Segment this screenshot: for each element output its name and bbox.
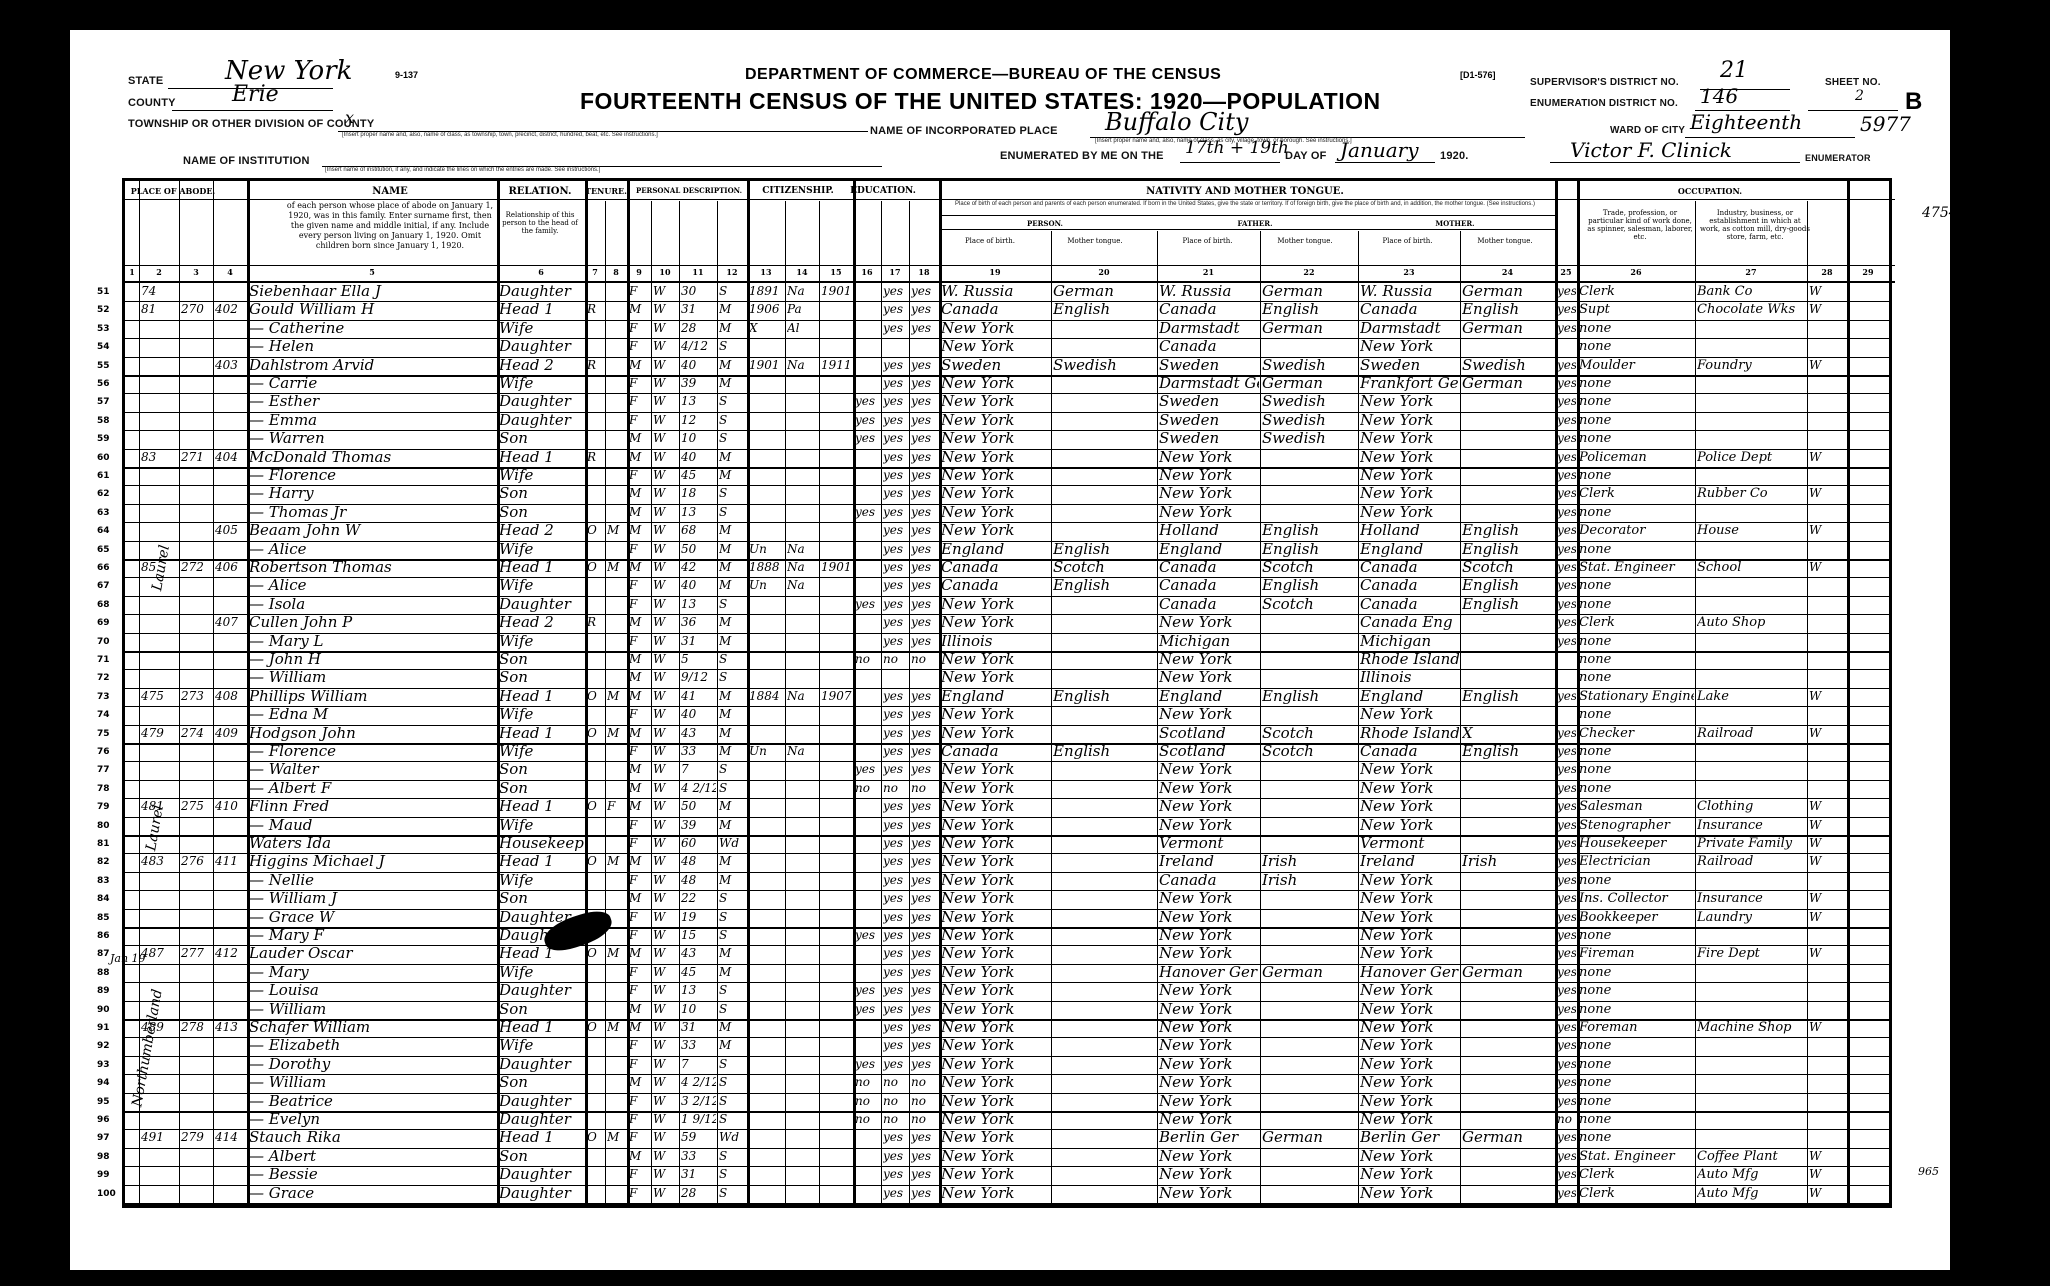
cell-line: 96 bbox=[97, 1115, 122, 1125]
census-title: FOURTEENTH CENSUS OF THE UNITED STATES: … bbox=[580, 88, 1381, 115]
cell-house bbox=[141, 1183, 178, 1204]
cell-immig bbox=[749, 1183, 784, 1204]
column-number: 16 bbox=[853, 267, 881, 277]
state-label: STATE bbox=[128, 75, 163, 87]
column-divider bbox=[909, 201, 910, 1205]
cell-line: 53 bbox=[97, 324, 122, 334]
cell-line: 52 bbox=[97, 305, 122, 315]
county-value: Erie bbox=[232, 82, 279, 107]
colhdr-person-tongue: Mother tongue. bbox=[1045, 237, 1145, 245]
colhdr-person-pob: Place of birth. bbox=[940, 237, 1040, 245]
column-number: 12 bbox=[717, 267, 747, 277]
cell-line: 86 bbox=[97, 931, 122, 941]
cell-write: yes bbox=[911, 1183, 938, 1204]
colhdr-relation: Relationship of this person to the head … bbox=[500, 211, 580, 235]
column-number: 24 bbox=[1460, 267, 1555, 277]
cell-family bbox=[215, 1183, 246, 1204]
cell-line: 99 bbox=[97, 1170, 122, 1180]
enumeration-district-label: ENUMERATION DISTRICT NO. bbox=[1530, 98, 1678, 109]
group-mother: MOTHER. bbox=[1355, 219, 1555, 228]
header-rule bbox=[125, 265, 1895, 266]
margin-right-top: 4754 bbox=[1922, 205, 1958, 221]
column-divider bbox=[819, 201, 820, 1205]
county-label: COUNTY bbox=[128, 97, 176, 109]
column-number: 11 bbox=[679, 267, 717, 277]
cell-line: 51 bbox=[97, 287, 122, 297]
supervisor-district-value: 21 bbox=[1720, 58, 1748, 83]
cell-natyear bbox=[821, 1183, 852, 1204]
column-number: 8 bbox=[605, 267, 627, 277]
cell-fpob: New York bbox=[1159, 1183, 1259, 1204]
column-number: 17 bbox=[881, 267, 909, 277]
column-divider bbox=[605, 201, 606, 1205]
cell-line: 91 bbox=[97, 1023, 122, 1033]
cell-line: 71 bbox=[97, 655, 122, 665]
cell-dwelling bbox=[181, 1183, 212, 1204]
column-number: 9 bbox=[627, 267, 651, 277]
group-occupation: OCCUPATION. bbox=[1585, 186, 1835, 196]
cell-line: 76 bbox=[97, 747, 122, 757]
cell-line: 72 bbox=[97, 673, 122, 683]
day-of-label: DAY OF bbox=[1285, 150, 1327, 162]
column-number: 14 bbox=[785, 267, 819, 277]
column-number: 23 bbox=[1358, 267, 1460, 277]
cell-line: 61 bbox=[97, 471, 122, 481]
colhdr-trade: Trade, profession, or particular kind of… bbox=[1585, 209, 1695, 241]
cell-line: 78 bbox=[97, 784, 122, 794]
colhdr-mother-pob: Place of birth. bbox=[1360, 237, 1455, 245]
group-father: FATHER. bbox=[1155, 219, 1355, 228]
column-number: 28 bbox=[1807, 267, 1847, 277]
institution-label: NAME OF INSTITUTION bbox=[183, 155, 310, 167]
column-number: 20 bbox=[1051, 267, 1157, 277]
year-label: 1920. bbox=[1440, 150, 1469, 162]
column-number: 4 bbox=[213, 267, 247, 277]
cell-line: 67 bbox=[97, 581, 122, 591]
cell-line: 75 bbox=[97, 729, 122, 739]
cell-line: 63 bbox=[97, 508, 122, 518]
incorporated-place-label: NAME OF INCORPORATED PLACE bbox=[870, 125, 1058, 137]
column-number: 27 bbox=[1695, 267, 1807, 277]
cell-line: 80 bbox=[97, 821, 122, 831]
cell-line: 81 bbox=[97, 839, 122, 849]
ward-value: Eighteenth bbox=[1690, 110, 1802, 134]
cell-line: 95 bbox=[97, 1097, 122, 1107]
cell-line: 93 bbox=[97, 1060, 122, 1070]
column-divider bbox=[213, 181, 214, 1205]
cell-line: 58 bbox=[97, 416, 122, 426]
cell-line: 55 bbox=[97, 361, 122, 371]
cell-line: 98 bbox=[97, 1152, 122, 1162]
cell-name: — Grace bbox=[249, 1183, 496, 1204]
group-name: NAME bbox=[285, 186, 495, 197]
cell-line: 94 bbox=[97, 1078, 122, 1088]
colhdr-industry: Industry, business, or establishment in … bbox=[1700, 209, 1810, 241]
cell-line: 73 bbox=[97, 692, 122, 702]
column-number: 13 bbox=[747, 267, 785, 277]
cell-line: 77 bbox=[97, 765, 122, 775]
scan-border-left bbox=[0, 0, 70, 1286]
cell-relation: Daughter bbox=[499, 1183, 584, 1204]
group-relation: RELATION. bbox=[500, 186, 580, 197]
column-number: 2 bbox=[139, 267, 179, 277]
cell-age: 28 bbox=[681, 1183, 716, 1204]
colhdr-father-pob: Place of birth. bbox=[1160, 237, 1255, 245]
cell-line: 66 bbox=[97, 563, 122, 573]
column-divider bbox=[1847, 181, 1850, 1205]
column-number: 18 bbox=[909, 267, 939, 277]
supervisor-district-label: SUPERVISOR'S DISTRICT NO. bbox=[1530, 77, 1679, 88]
margin-right-bottom: 965 bbox=[1918, 1165, 1939, 1178]
cell-nat bbox=[787, 1183, 818, 1204]
group-tenure: TENURE. bbox=[585, 186, 625, 196]
cell-read: yes bbox=[883, 1183, 908, 1204]
enumerator-name: Victor F. Clinick bbox=[1570, 138, 1732, 162]
stamp-number: 5977 bbox=[1860, 112, 1911, 136]
township-label: TOWNSHIP OR OTHER DIVISION OF COUNTY bbox=[128, 118, 374, 130]
enumeration-district-value: 146 bbox=[1700, 84, 1738, 108]
cell-line: 54 bbox=[97, 342, 122, 352]
column-divider bbox=[179, 181, 180, 1205]
incorporated-place-value: Buffalo City bbox=[1105, 108, 1248, 136]
column-number: 3 bbox=[179, 267, 213, 277]
column-divider bbox=[881, 201, 882, 1205]
group-personal-description: PERSONAL DESCRIPTION. bbox=[625, 186, 753, 195]
cell-english: yes bbox=[1557, 1183, 1576, 1204]
cell-line: 60 bbox=[97, 453, 122, 463]
cell-mpob: New York bbox=[1360, 1183, 1459, 1204]
ward-label: WARD OF CITY bbox=[1610, 125, 1685, 136]
header-rule bbox=[939, 229, 1555, 230]
column-divider bbox=[1460, 231, 1461, 1205]
colhdr-name: of each person whose place of abode on J… bbox=[285, 201, 495, 251]
nativity-note: Place of birth of each person and parent… bbox=[940, 201, 1550, 207]
column-number: 29 bbox=[1847, 267, 1889, 277]
cell-line: 62 bbox=[97, 489, 122, 499]
cell-line: 65 bbox=[97, 545, 122, 555]
column-number: 21 bbox=[1157, 267, 1260, 277]
department-title: DEPARTMENT OF COMMERCE—BUREAU OF THE CEN… bbox=[745, 66, 1221, 84]
cell-school bbox=[855, 1183, 880, 1204]
cell-tenure bbox=[587, 1183, 604, 1204]
township-value: x bbox=[345, 108, 354, 127]
header-rule bbox=[939, 215, 1555, 216]
enumerator-label: ENUMERATOR bbox=[1805, 153, 1871, 163]
column-divider bbox=[717, 201, 718, 1205]
cell-line: 59 bbox=[97, 434, 122, 444]
column-divider bbox=[1695, 201, 1696, 1205]
colhdr-father-tongue: Mother tongue. bbox=[1260, 237, 1350, 245]
group-place-of-abode: PLACE OF ABODE. bbox=[127, 186, 219, 196]
column-divider bbox=[1807, 201, 1808, 1205]
column-divider bbox=[651, 201, 652, 1205]
cell-line: 90 bbox=[97, 1005, 122, 1015]
form-number: 9-137 bbox=[395, 70, 418, 80]
column-divider bbox=[1260, 231, 1261, 1205]
enumerated-by-label: ENUMERATED BY ME ON THE bbox=[1000, 150, 1164, 162]
cell-tongue bbox=[1053, 1183, 1156, 1204]
cell-line: 97 bbox=[97, 1133, 122, 1143]
cell-line: 74 bbox=[97, 710, 122, 720]
cell-line: 69 bbox=[97, 618, 122, 628]
column-number: 1 bbox=[125, 267, 139, 277]
group-citizenship: CITIZENSHIP. bbox=[753, 186, 843, 196]
column-divider bbox=[785, 201, 786, 1205]
sheet-no-label: SHEET NO. bbox=[1825, 77, 1881, 88]
cell-line: 82 bbox=[97, 857, 122, 867]
institution-hint: [Insert name of institution, if any, and… bbox=[325, 167, 600, 173]
form-code: [D1-576] bbox=[1460, 70, 1496, 80]
scan-border-right bbox=[1960, 0, 2050, 1286]
cell-ftongue bbox=[1262, 1183, 1357, 1204]
enumeration-days: 17th + 19th bbox=[1185, 138, 1289, 158]
cell-race: W bbox=[653, 1183, 678, 1204]
cell-line: 64 bbox=[97, 526, 122, 536]
cell-pob: New York bbox=[941, 1183, 1050, 1204]
census-table: PLACE OF ABODE. NAME RELATION. TENURE. P… bbox=[122, 178, 1892, 1208]
margin-date-note: Jan 19 bbox=[110, 952, 146, 965]
month-value: January bbox=[1340, 138, 1419, 162]
cell-marital: S bbox=[719, 1183, 746, 1204]
cell-line: 85 bbox=[97, 913, 122, 923]
column-number: 15 bbox=[819, 267, 853, 277]
column-number: 22 bbox=[1260, 267, 1358, 277]
cell-line: 84 bbox=[97, 894, 122, 904]
cell-industry: Auto Mfg bbox=[1697, 1183, 1806, 1204]
cell-line: 57 bbox=[97, 397, 122, 407]
column-number: 19 bbox=[939, 267, 1051, 277]
cell-line: 70 bbox=[97, 637, 122, 647]
column-number: 25 bbox=[1555, 267, 1577, 277]
cell-line: 89 bbox=[97, 986, 122, 996]
column-number: 6 bbox=[497, 267, 585, 277]
colhdr-mother-tongue: Mother tongue. bbox=[1460, 237, 1550, 245]
column-divider bbox=[679, 201, 680, 1205]
column-number: 26 bbox=[1577, 267, 1695, 277]
cell-line: 56 bbox=[97, 379, 122, 389]
cell-line: 79 bbox=[97, 802, 122, 812]
column-divider bbox=[1358, 231, 1359, 1205]
header-rule bbox=[125, 199, 1895, 200]
township-hint: [Insert proper name and, also, name of c… bbox=[342, 132, 658, 138]
cell-line: 92 bbox=[97, 1041, 122, 1051]
cell-sex: F bbox=[629, 1183, 650, 1204]
cell-line: 83 bbox=[97, 876, 122, 886]
sheet-number: 2 bbox=[1855, 88, 1864, 104]
cell-class: W bbox=[1809, 1183, 1846, 1204]
group-nativity: NATIVITY AND MOTHER TONGUE. bbox=[935, 186, 1555, 197]
cell-line: 88 bbox=[97, 968, 122, 978]
cell-mort bbox=[607, 1183, 626, 1204]
column-number: 10 bbox=[651, 267, 679, 277]
column-number: 7 bbox=[585, 267, 605, 277]
column-divider bbox=[1157, 231, 1158, 1205]
column-divider bbox=[1051, 231, 1052, 1205]
group-person: PERSON. bbox=[935, 219, 1155, 228]
cell-mtongue bbox=[1462, 1183, 1554, 1204]
cell-trade: Clerk bbox=[1579, 1183, 1694, 1204]
cell-line: 100 bbox=[97, 1189, 122, 1199]
cell-line: 68 bbox=[97, 600, 122, 610]
column-number: 5 bbox=[247, 267, 497, 277]
